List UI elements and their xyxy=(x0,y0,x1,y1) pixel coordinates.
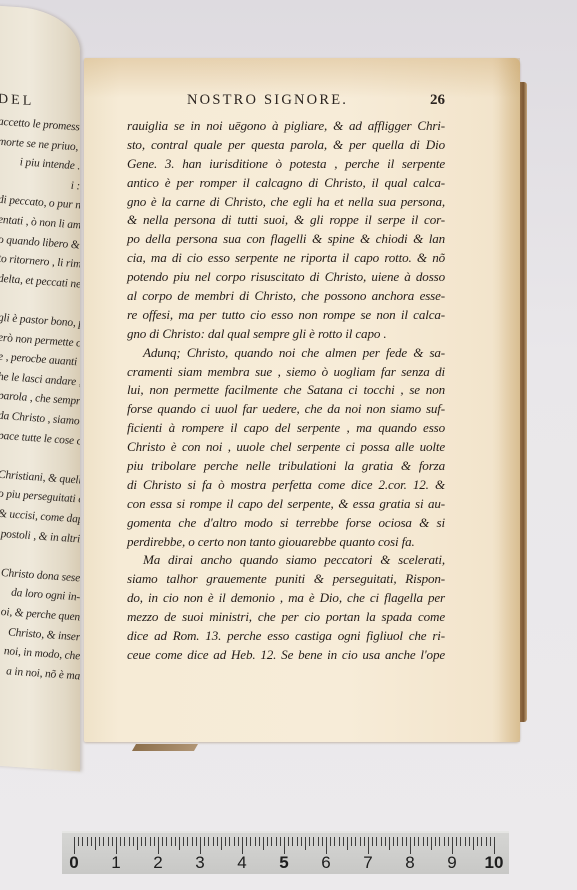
ruler-tick xyxy=(116,837,117,854)
ruler-tick xyxy=(435,837,436,846)
ruler-tick xyxy=(448,837,449,846)
ruler-tick xyxy=(418,837,419,846)
measuring-ruler: 012345678910 xyxy=(62,831,509,874)
left-text-line: noi, in modo, che xyxy=(0,645,80,663)
left-text-line: & uccisi, come dapoi xyxy=(0,508,80,526)
ruler-tick xyxy=(376,837,377,846)
text-line: siamo talhor grauemente puniti & persegu… xyxy=(127,570,445,589)
left-text-line: e , perocbe auanti che xyxy=(0,351,80,369)
running-head: NOSTRO SIGNORE. xyxy=(187,92,447,109)
ruler-tick xyxy=(103,837,104,846)
ruler-tick xyxy=(179,837,180,850)
ruler-tick xyxy=(301,837,302,846)
ruler-tick xyxy=(133,837,134,846)
ruler-tick xyxy=(444,837,445,846)
ruler-tick xyxy=(439,837,440,846)
ruler-tick xyxy=(360,837,361,846)
ruler-tick xyxy=(397,837,398,846)
ruler-label: 4 xyxy=(237,853,246,873)
ruler-tick xyxy=(297,837,298,846)
ruler-tick xyxy=(452,837,453,854)
text-line: gno di Christo: dal qual sempre gli è ro… xyxy=(127,325,445,344)
left-text-line: Christo, & inser xyxy=(0,625,80,643)
text-line: re offesi, ma per tutto cio esso non rom… xyxy=(127,306,445,325)
ruler-label: 8 xyxy=(405,853,414,873)
ruler-tick xyxy=(381,837,382,846)
ruler-tick xyxy=(326,837,327,854)
ruler-tick xyxy=(82,837,83,846)
ruler-tick xyxy=(473,837,474,850)
left-text-line: da Christo , siamo d xyxy=(0,410,80,428)
ruler-tick xyxy=(204,837,205,846)
ruler-tick xyxy=(276,837,277,846)
text-line: cramenti siam membra sue , siemo ò uogli… xyxy=(127,363,445,382)
text-line: gomenta che d'altro modo si terrebbe for… xyxy=(127,514,445,533)
left-text-line: delta, et peccati ne qua xyxy=(0,273,80,291)
ruler-tick xyxy=(486,837,487,846)
ruler-tick xyxy=(393,837,394,846)
left-text-line: i : xyxy=(0,175,80,193)
ruler-tick xyxy=(460,837,461,846)
ruler-tick xyxy=(196,837,197,846)
ruler-tick xyxy=(343,837,344,846)
left-text-line: morte se ne priuo, ma a xyxy=(0,135,80,153)
ruler-tick xyxy=(246,837,247,846)
ruler-tick xyxy=(87,837,88,846)
ruler-tick xyxy=(364,837,365,846)
left-text-line: da loro ogni in- xyxy=(0,586,80,604)
ruler-tick xyxy=(372,837,373,846)
left-text-line: o piu perseguitati et xyxy=(0,488,80,506)
ruler-tick xyxy=(108,837,109,846)
ruler-label: 5 xyxy=(279,853,288,873)
ruler-tick xyxy=(242,837,243,854)
left-running-head: E DEL xyxy=(0,91,34,111)
ruler-tick xyxy=(339,837,340,846)
ruler-tick xyxy=(414,837,415,846)
text-line: do, in cio non è il demonio , ma è Dio, … xyxy=(127,589,445,608)
text-line: po della persona sua con flagelli & spin… xyxy=(127,230,445,249)
text-line: forse quando ci uuol far uedere, che da … xyxy=(127,400,445,419)
ruler-tick xyxy=(221,837,222,850)
text-line: Ma dirai ancho quando siamo peccatori & … xyxy=(127,551,445,570)
ruler-tick xyxy=(322,837,323,846)
text-line: rauiglia se in noi uēgono à pigliare, & … xyxy=(127,117,445,136)
ruler-tick xyxy=(217,837,218,846)
left-text-line xyxy=(0,449,80,455)
text-line: Christo è con noi , uuole chel serpente … xyxy=(127,438,445,457)
ruler-tick xyxy=(175,837,176,846)
ruler-label: 7 xyxy=(363,853,372,873)
ruler-tick xyxy=(187,837,188,846)
text-line: gno è la carne di Christo, che egli ha e… xyxy=(127,193,445,212)
ruler-tick xyxy=(137,837,138,850)
text-line: perdirebbe, o certo non tanto giouarebbe… xyxy=(127,533,445,552)
ruler-tick xyxy=(120,837,121,846)
ruler-label: 6 xyxy=(321,853,330,873)
ruler-tick xyxy=(334,837,335,846)
ruler-label: 2 xyxy=(153,853,162,873)
text-line: Adunq; Christo, quando noi che almen per… xyxy=(127,344,445,363)
text-line: Gene. 3. han iurisditione ò potesta , pe… xyxy=(127,155,445,174)
left-text-line: Christiani, & quelli, xyxy=(0,469,80,487)
left-text-line: parola , che sempre è xyxy=(0,390,80,408)
ruler-tick xyxy=(271,837,272,846)
left-text-line: erò non permette chel xyxy=(0,331,80,349)
ruler-tick xyxy=(250,837,251,846)
ruler-tick xyxy=(347,837,348,850)
ruler-tick xyxy=(225,837,226,846)
ruler-tick xyxy=(213,837,214,846)
left-text-line: postoli , & in altri xyxy=(0,527,80,545)
ruler-label: 3 xyxy=(195,853,204,873)
ruler-tick xyxy=(423,837,424,846)
ruler-tick xyxy=(355,837,356,846)
ruler-tick xyxy=(124,837,125,846)
ruler-label: 1 xyxy=(111,853,120,873)
ruler-tick xyxy=(292,837,293,846)
ruler-tick xyxy=(183,837,184,846)
ruler-tick xyxy=(234,837,235,846)
text-line: sto, contral quale per questa parola, & … xyxy=(127,136,445,155)
ruler-tick xyxy=(465,837,466,846)
left-text-line: he le lasci andare , & xyxy=(0,371,80,389)
left-text-line: oi, & perche quen xyxy=(0,606,80,624)
left-text-line: accetto le promesse, no xyxy=(0,116,80,134)
ruler-tick xyxy=(427,837,428,846)
text-line: ceue come dice ad Heb. 12. Se bene in ci… xyxy=(127,646,445,665)
ruler-tick xyxy=(129,837,130,846)
text-line: mezzo de suoi ministri, che per cio port… xyxy=(127,608,445,627)
ruler-tick xyxy=(481,837,482,846)
ruler-tick xyxy=(280,837,281,846)
left-text-line: pace tutte le cose che xyxy=(0,429,80,447)
left-text-line: di peccato, o pur non li xyxy=(0,194,80,212)
ruler-tick xyxy=(402,837,403,846)
ruler-tick xyxy=(469,837,470,846)
bookmark-tab xyxy=(132,744,198,751)
ruler-tick xyxy=(410,837,411,854)
ruler-tick xyxy=(259,837,260,846)
left-text-line xyxy=(0,292,80,298)
ruler-tick xyxy=(112,837,113,846)
left-text-line: i piu intende . xyxy=(0,155,80,173)
text-line: lui, non permette facilmente che Satana … xyxy=(127,381,445,400)
text-line: dice ad Rom. 13. perche esso castiga ogn… xyxy=(127,627,445,646)
page-number: 26 xyxy=(430,92,445,109)
left-text-line xyxy=(0,547,80,553)
ruler-tick xyxy=(288,837,289,846)
ruler-tick xyxy=(238,837,239,846)
ruler-tick xyxy=(263,837,264,850)
ruler-tick xyxy=(208,837,209,846)
ruler-tick xyxy=(154,837,155,846)
ruler-tick xyxy=(91,837,92,846)
left-text-line: to ritornero , li rimou xyxy=(0,253,80,271)
ruler-tick xyxy=(406,837,407,846)
ruler-label: 9 xyxy=(447,853,456,873)
ruler-tick xyxy=(78,837,79,846)
text-line: cia, ma di cio esso serpente ne riporta … xyxy=(127,249,445,268)
ruler-tick xyxy=(385,837,386,846)
ruler-tick xyxy=(150,837,151,846)
ruler-tick xyxy=(267,837,268,846)
text-line: piu tribolare perche nelle tribulationi … xyxy=(127,457,445,476)
ruler-tick xyxy=(99,837,100,846)
ruler-tick xyxy=(171,837,172,846)
text-line: & nella persona di tutti suoi, & gli rop… xyxy=(127,211,445,230)
ruler-tick xyxy=(490,837,491,846)
ruler-tick xyxy=(309,837,310,846)
ruler-tick xyxy=(389,837,390,850)
left-text-line: a in noi, nõ è ma xyxy=(0,665,80,683)
ruler-tick xyxy=(162,837,163,846)
ruler-tick xyxy=(318,837,319,846)
text-line: al corpo de membri di Christo, che posso… xyxy=(127,287,445,306)
ruler-tick xyxy=(284,837,285,854)
text-line: ficienti à rompere il capo del serpente … xyxy=(127,419,445,438)
ruler-tick xyxy=(431,837,432,850)
ruler-tick xyxy=(351,837,352,846)
ruler-tick xyxy=(200,837,201,854)
ruler-tick xyxy=(313,837,314,846)
right-page-body-text: rauiglia se in noi uēgono à pigliare, & … xyxy=(127,117,445,665)
ruler-tick xyxy=(330,837,331,846)
ruler-tick xyxy=(145,837,146,846)
text-line: potendo piu nel corpo risuscitato di Chr… xyxy=(127,268,445,287)
ruler-label: 10 xyxy=(485,853,504,873)
left-page: E DEL accetto le promesse, nomorte se ne… xyxy=(0,5,80,772)
ruler-tick xyxy=(477,837,478,846)
ruler-tick xyxy=(95,837,96,850)
ruler-tick xyxy=(229,837,230,846)
ruler-tick xyxy=(255,837,256,846)
text-line: di Christo si fa ò mostra perfetta come … xyxy=(127,476,445,495)
ruler-tick xyxy=(192,837,193,846)
ruler-label: 0 xyxy=(69,853,78,873)
left-text-line: gli è pastor bono, pone xyxy=(0,312,80,330)
left-text-line: o quando libero & fin xyxy=(0,233,80,251)
ruler-tick xyxy=(368,837,369,854)
ruler-tick xyxy=(456,837,457,846)
ruler-tick xyxy=(494,837,495,854)
left-text-line: Christo dona sese xyxy=(0,567,80,585)
left-text-line: entati , ò non li ama xyxy=(0,214,80,232)
text-line: antico è per romper il calcagno di Chris… xyxy=(127,174,445,193)
ruler-tick xyxy=(141,837,142,846)
text-line: con essa si rompe il capo del serpente, … xyxy=(127,495,445,514)
ruler-tick xyxy=(158,837,159,854)
ruler-tick xyxy=(74,837,75,854)
ruler-tick xyxy=(166,837,167,846)
ruler-tick xyxy=(305,837,306,850)
